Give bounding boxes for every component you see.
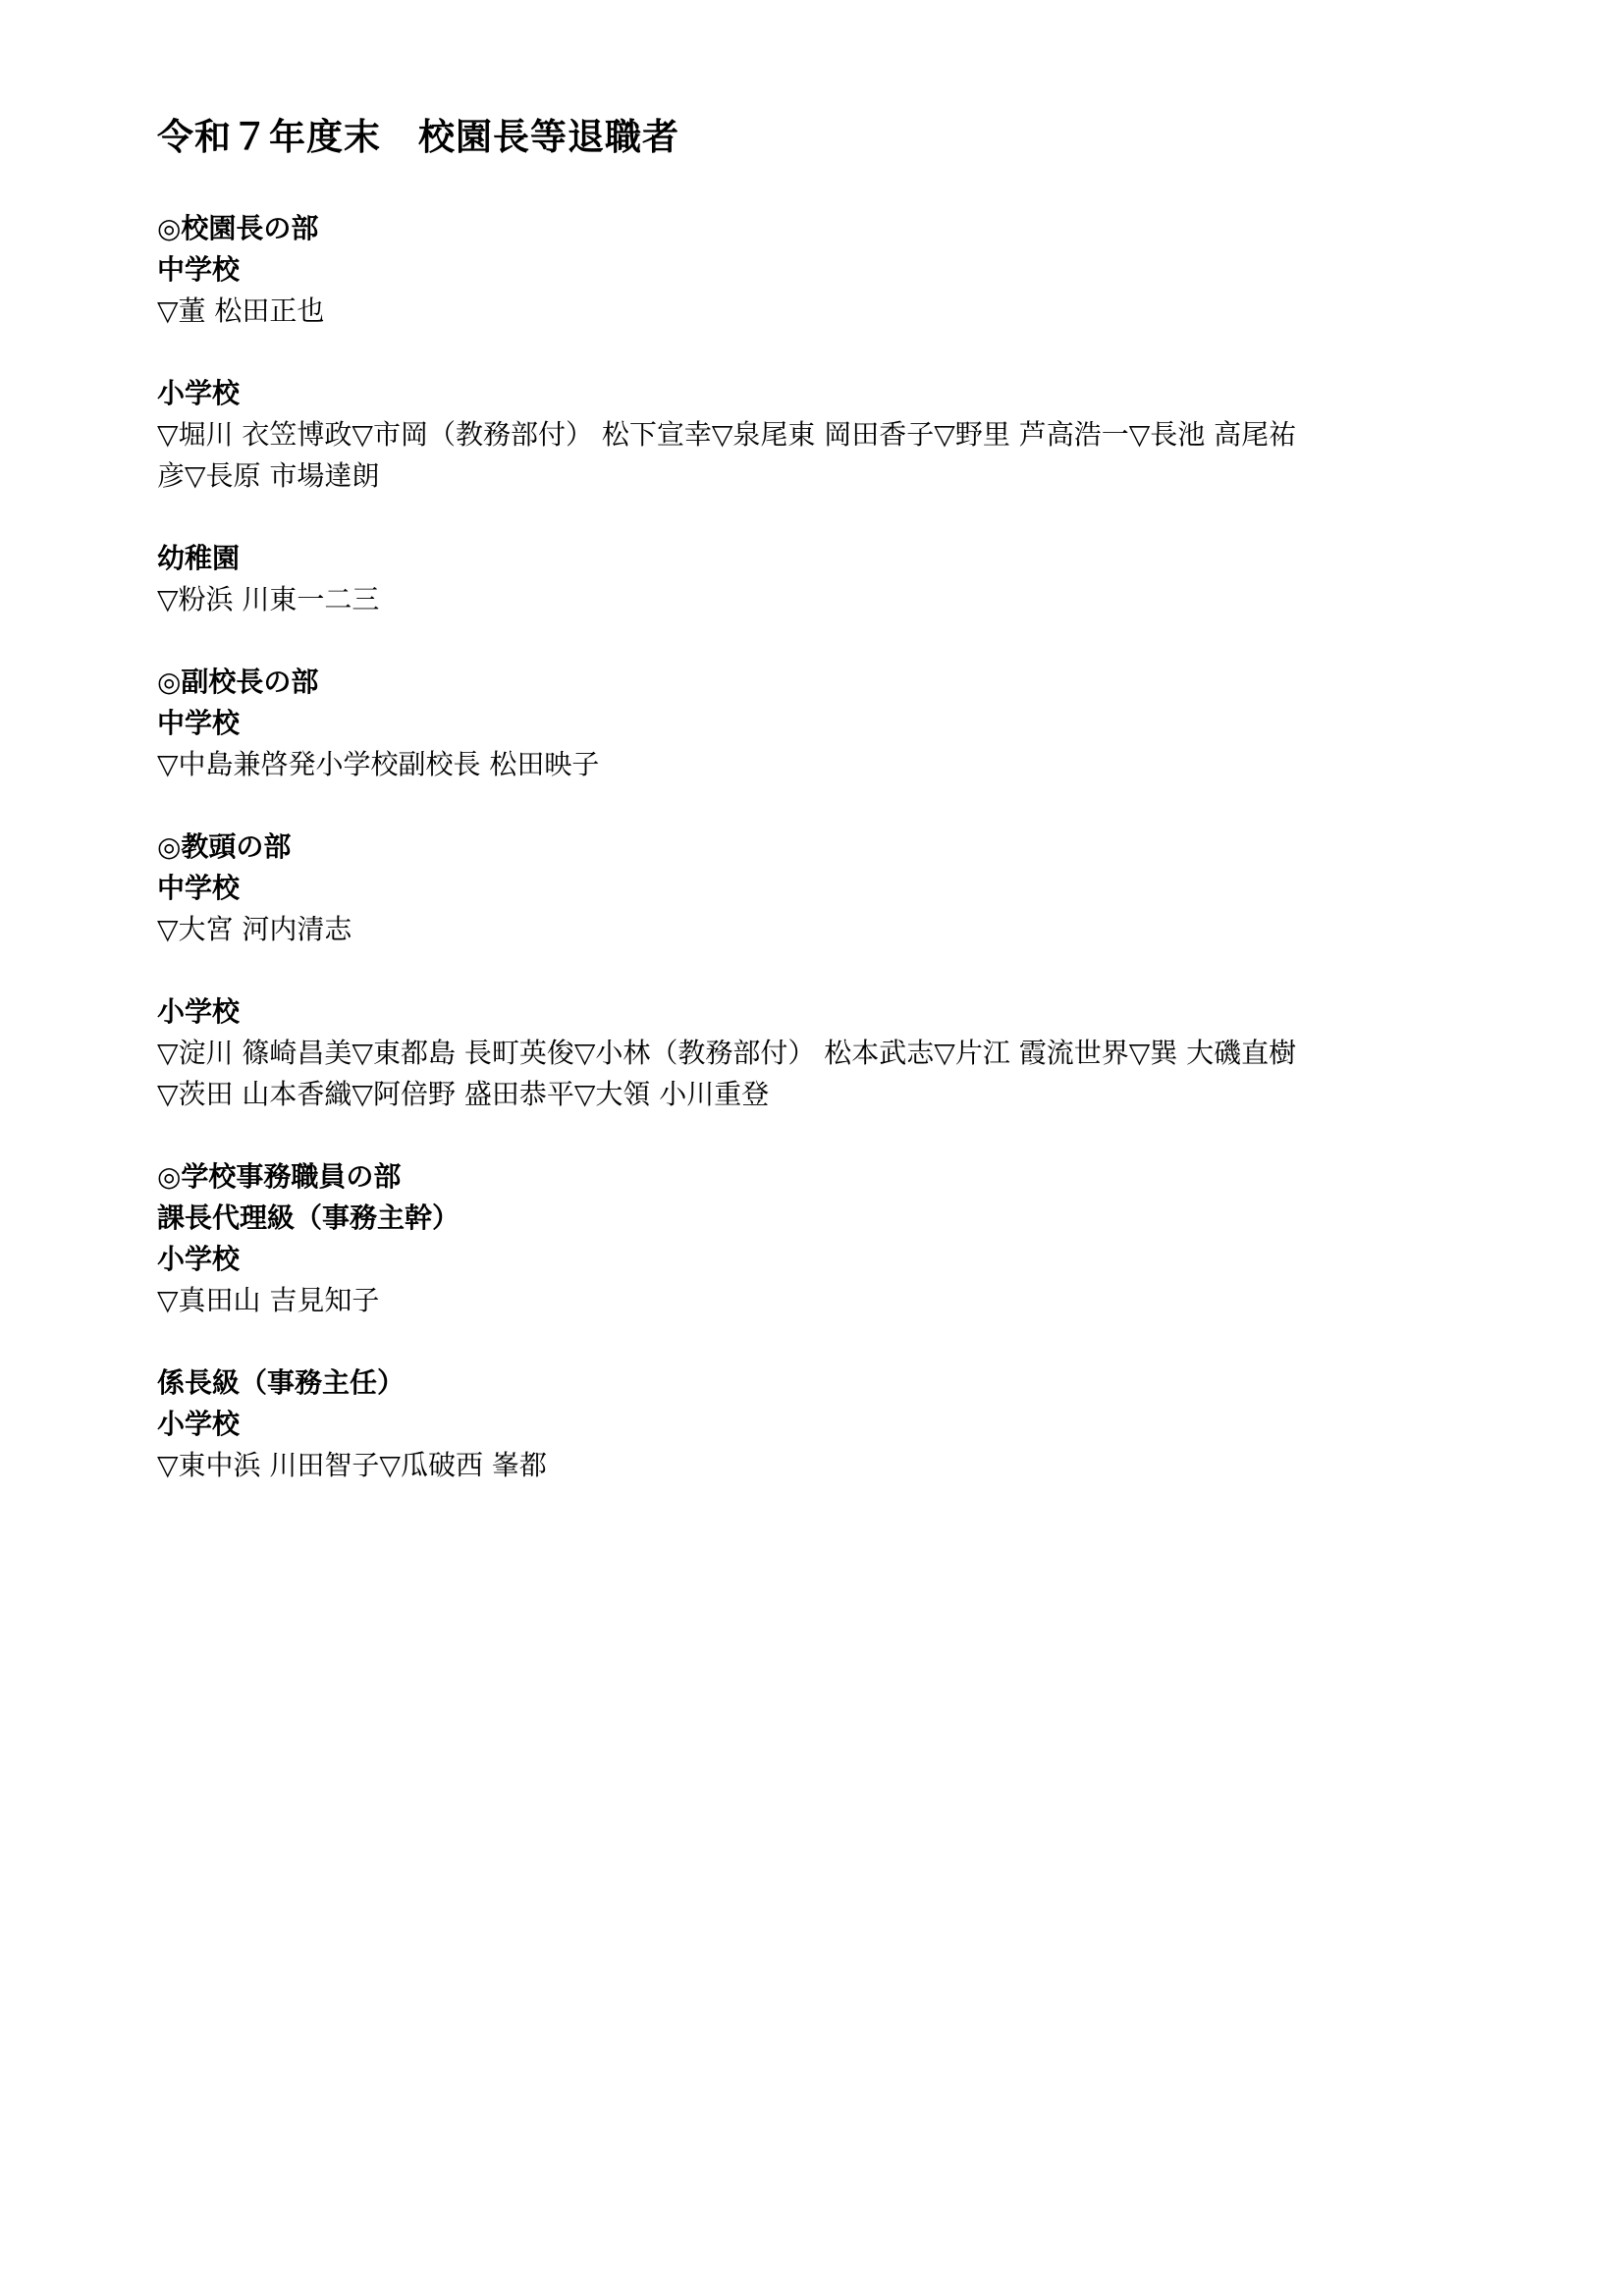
document-page: 令和７年度末 校園長等退職者 ◎校園長の部 中学校 ▽董 松田正也 小学校 ▽堀…	[157, 110, 1492, 1486]
section-head-teachers: ◎教頭の部 中学校 ▽大宮 河内清志 小学校 ▽淀川 篠崎昌美▽東都島 長町英俊…	[157, 827, 1492, 1156]
group-sublabel: 小学校	[157, 1239, 1492, 1280]
group-label: 中学校	[157, 249, 1492, 291]
group-label: 小学校	[157, 373, 1492, 414]
entry-line: ▽東中浜 川田智子▽瓜破西 峯都	[157, 1445, 1492, 1486]
section-office-staff: ◎学校事務職員の部 課長代理級（事務主幹） 小学校 ▽真田山 吉見知子 係長級（…	[157, 1156, 1492, 1486]
section-heading: ◎教頭の部	[157, 827, 1492, 868]
group-label: 中学校	[157, 868, 1492, 909]
entry-line: ▽中島兼啓発小学校副校長 松田映子	[157, 744, 1492, 785]
section-heading: ◎副校長の部	[157, 662, 1492, 703]
section-heading: ◎学校事務職員の部	[157, 1156, 1492, 1198]
group-label: 幼稚園	[157, 538, 1492, 579]
entry-line: ▽茨田 山本香織▽阿倍野 盛田恭平▽大領 小川重登	[157, 1074, 1492, 1115]
group-label: 中学校	[157, 703, 1492, 744]
section-heading: ◎校園長の部	[157, 208, 1492, 249]
entry-line: ▽大宮 河内清志	[157, 909, 1492, 950]
group-label: 係長級（事務主任）	[157, 1362, 1492, 1404]
group-label: 課長代理級（事務主幹）	[157, 1198, 1492, 1239]
entry-line: ▽真田山 吉見知子	[157, 1280, 1492, 1321]
entry-line: 彦▽長原 市場達朗	[157, 455, 1492, 497]
page-title: 令和７年度末 校園長等退職者	[157, 110, 1492, 165]
section-vice-principals: ◎副校長の部 中学校 ▽中島兼啓発小学校副校長 松田映子	[157, 662, 1492, 827]
entry-line: ▽堀川 衣笠博政▽市岡（教務部付） 松下宣幸▽泉尾東 岡田香子▽野里 芦高浩一▽…	[157, 414, 1492, 455]
group-sublabel: 小学校	[157, 1404, 1492, 1445]
entry-line: ▽淀川 篠崎昌美▽東都島 長町英俊▽小林（教務部付） 松本武志▽片江 霞流世界▽…	[157, 1033, 1492, 1074]
group-label: 小学校	[157, 991, 1492, 1033]
entry-line: ▽董 松田正也	[157, 291, 1492, 332]
section-principals: ◎校園長の部 中学校 ▽董 松田正也 小学校 ▽堀川 衣笠博政▽市岡（教務部付）…	[157, 208, 1492, 662]
entry-line: ▽粉浜 川東一二三	[157, 579, 1492, 620]
